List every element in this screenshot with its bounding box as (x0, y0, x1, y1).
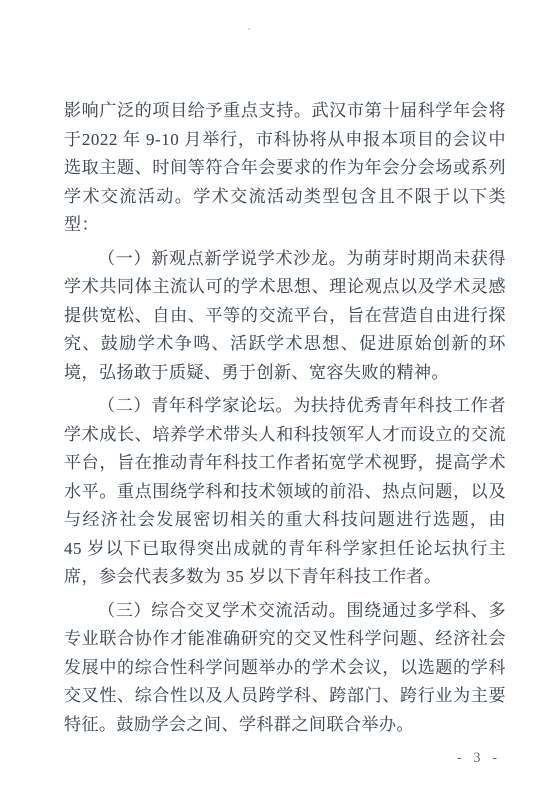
document-page: 影响广泛的项目给予重点支持。武汉市第十届科学年会将于2022 年 9-10 月举… (0, 0, 557, 803)
scan-speck (248, 28, 250, 30)
body-paragraph: 影响广泛的项目给予重点支持。武汉市第十届科学年会将于2022 年 9-10 月举… (64, 97, 506, 240)
body-paragraph: （三）综合交叉学术交流活动。围绕通过多学科、多专业联合协作才能准确研究的交叉性科… (64, 597, 506, 740)
document-text-block: 影响广泛的项目给予重点支持。武汉市第十届科学年会将于2022 年 9-10 月举… (64, 97, 506, 744)
page-number: - 3 - (457, 750, 501, 767)
body-paragraph: （一）新观点新学说学术沙龙。为萌芽时期尚未获得学术共同体主流认可的学术思想、理论… (64, 245, 506, 388)
body-paragraph: （二）青年科学家论坛。为扶持优秀青年科技工作者学术成长、培养学术带头人和科技领军… (64, 392, 506, 592)
